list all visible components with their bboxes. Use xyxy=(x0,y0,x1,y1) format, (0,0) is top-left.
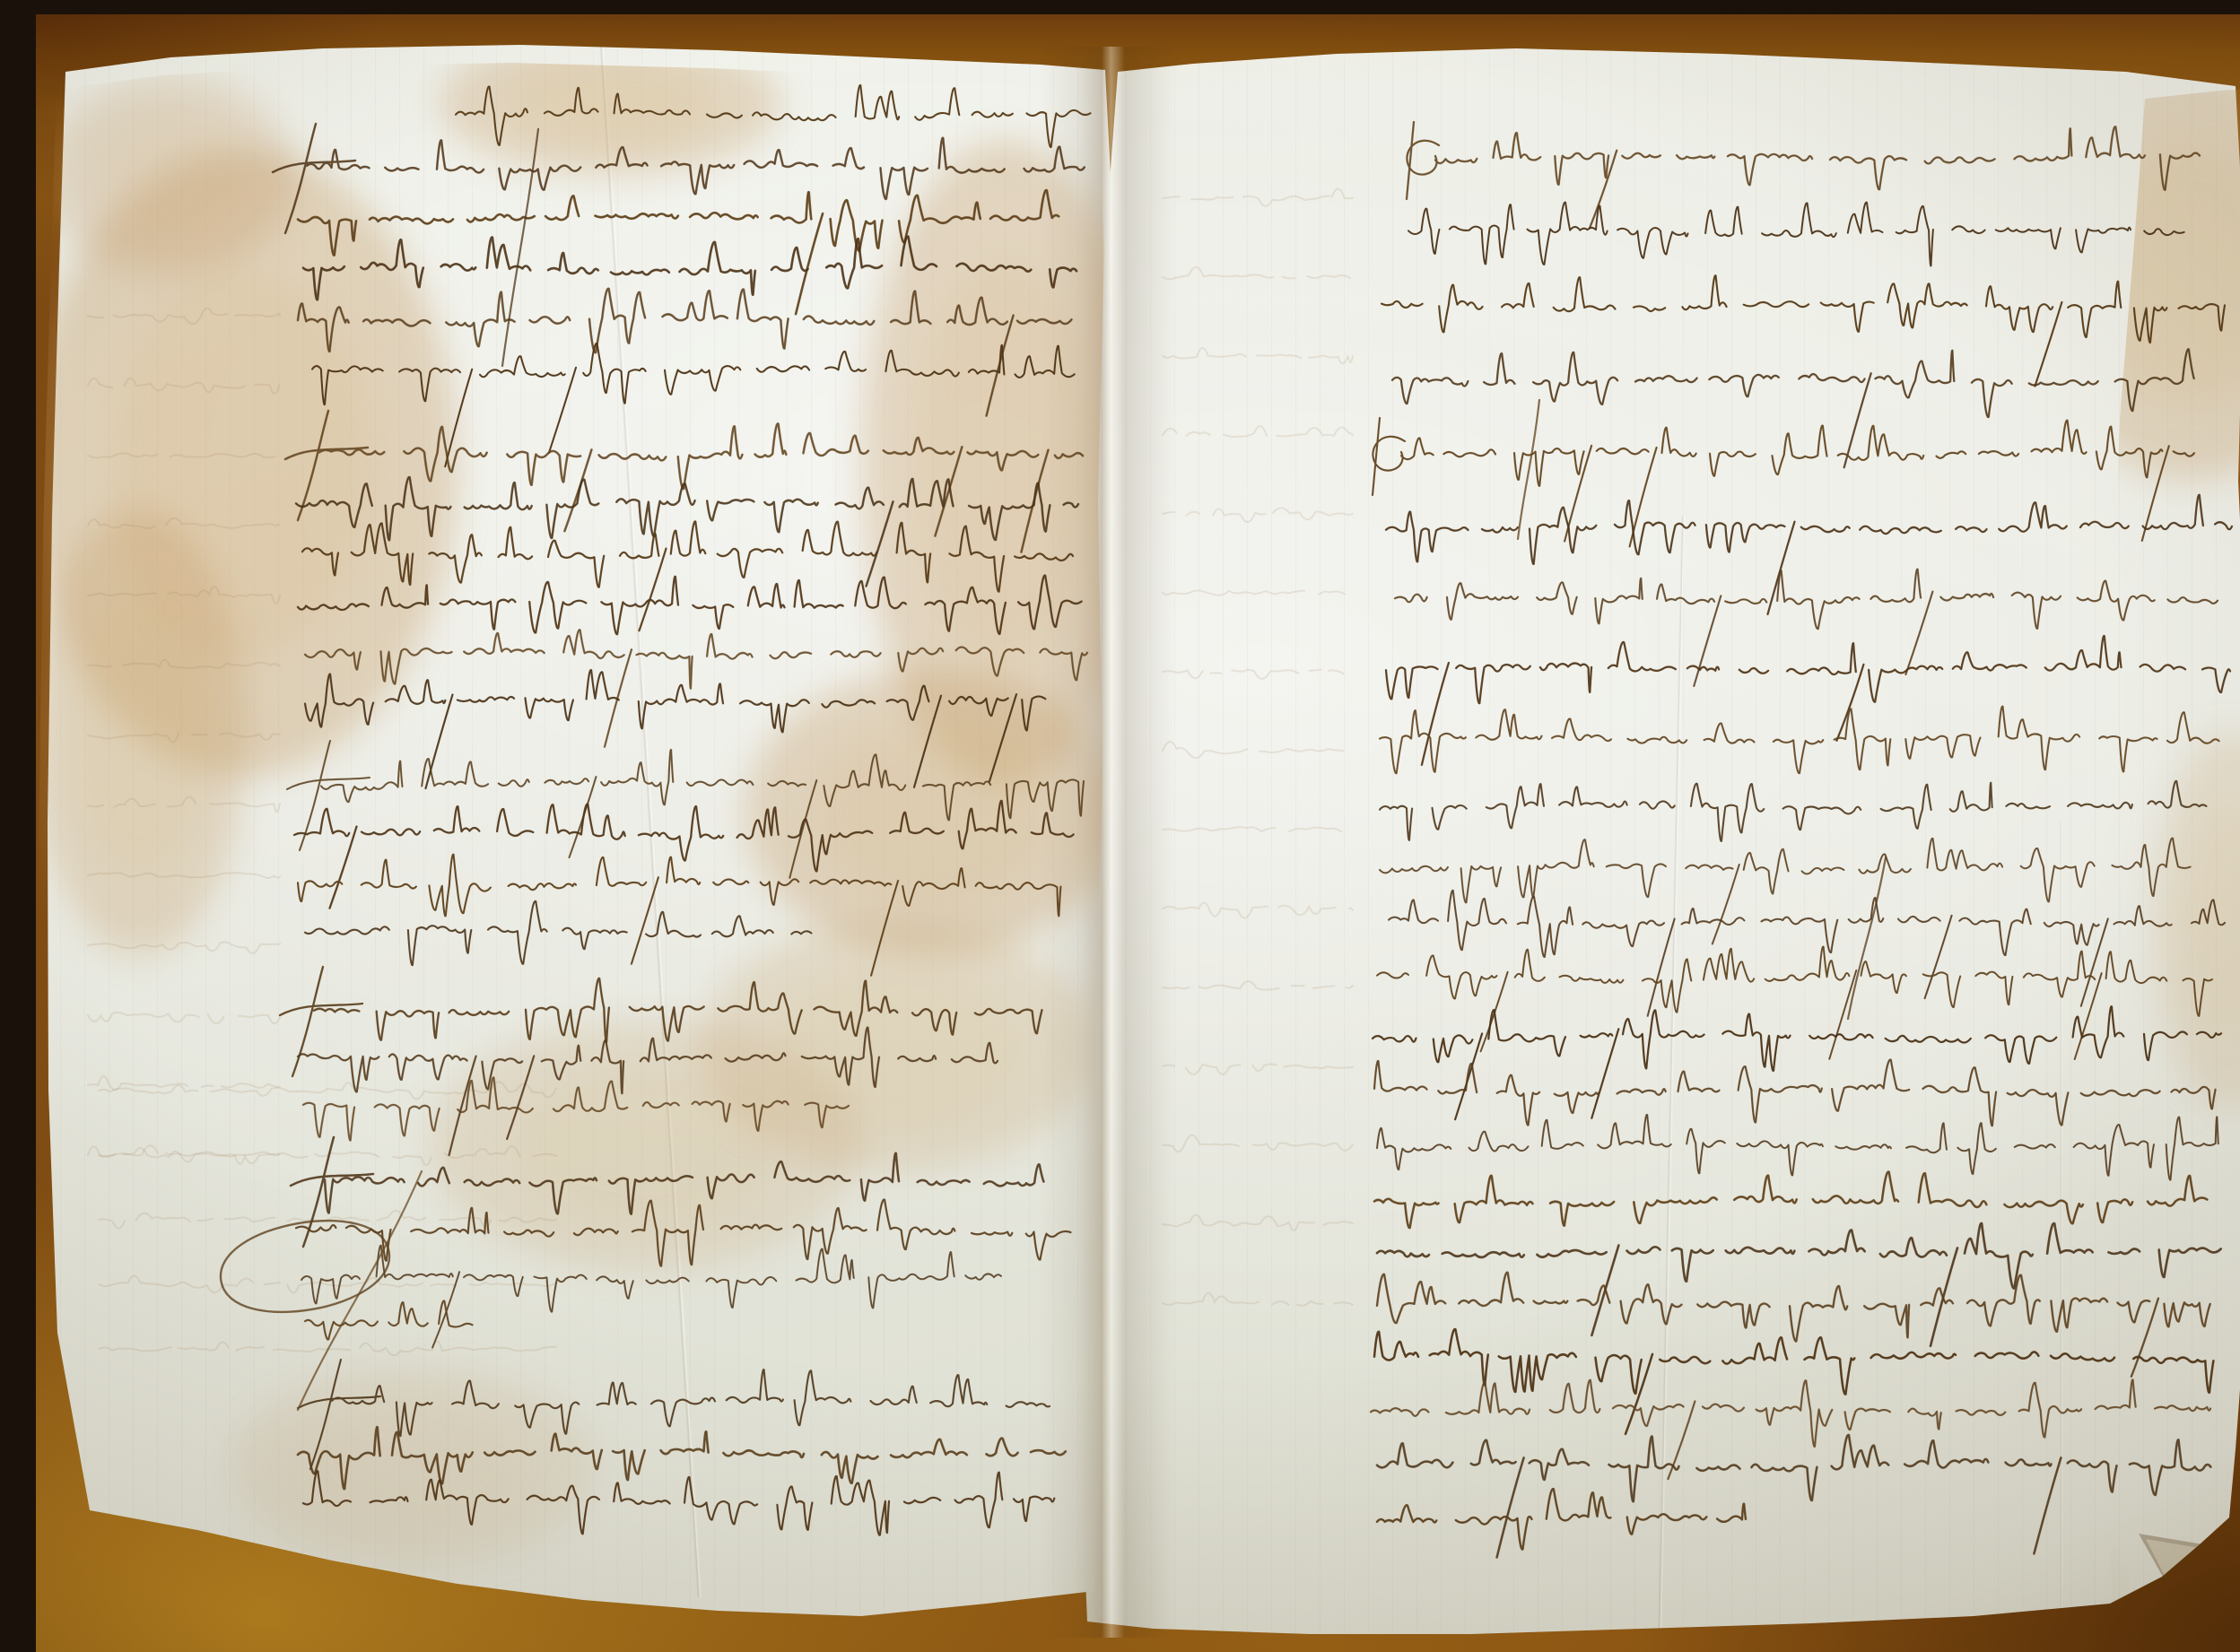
water-stains-right xyxy=(1063,41,2240,1638)
water-stains-left xyxy=(36,32,1148,1566)
manuscript-photo xyxy=(36,14,2240,1638)
secretary-hand-writing xyxy=(214,85,2232,1558)
handwriting-ink-layer xyxy=(36,14,2240,1638)
